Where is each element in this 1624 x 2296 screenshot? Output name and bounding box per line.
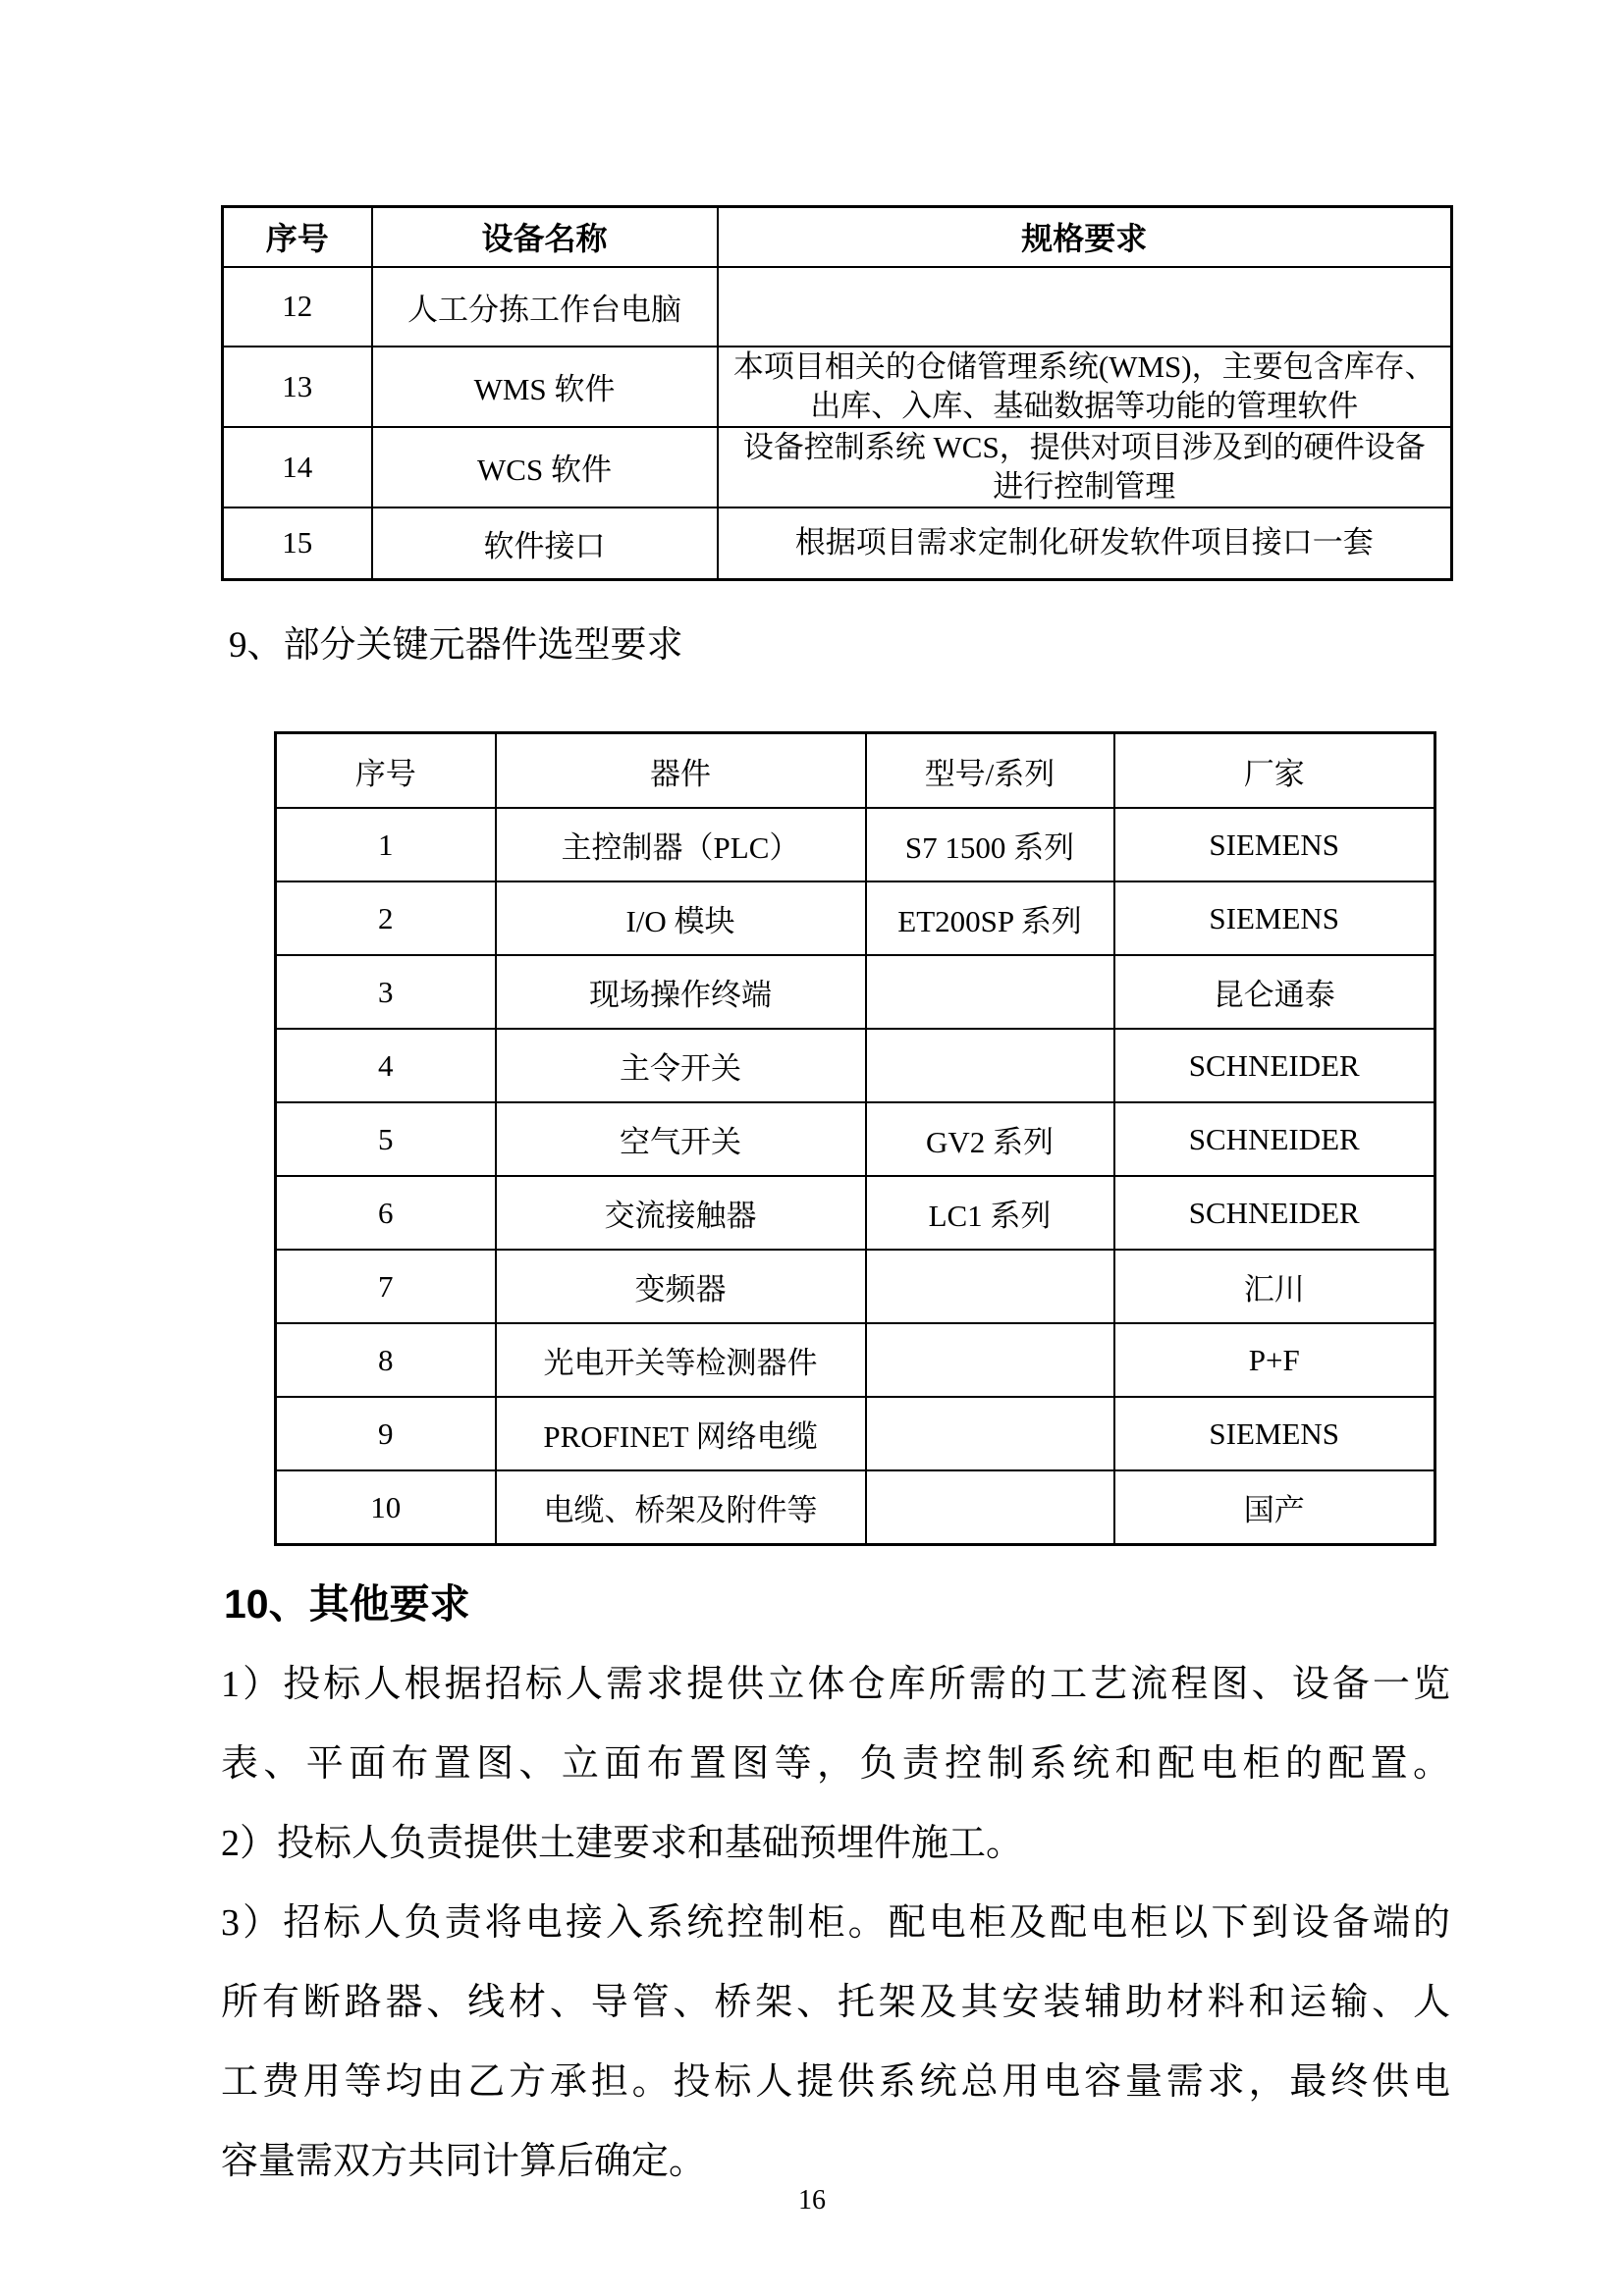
table-row: 2 I/O 模块 ET200SP 系列 SIEMENS — [276, 881, 1435, 955]
cell-vendor: SIEMENS — [1114, 1397, 1435, 1470]
table-row: 1 主控制器（PLC） S7 1500 系列 SIEMENS — [276, 808, 1435, 881]
cell-part: 主令开关 — [496, 1029, 866, 1102]
paragraph-line: 3）招标人负责将电接入系统控制柜。配电柜及配电柜以下到设备端的 — [221, 1884, 1450, 1963]
paragraph-line: 2）投标人负责提供土建要求和基础预埋件施工。 — [221, 1804, 1450, 1884]
cell-part: I/O 模块 — [496, 881, 866, 955]
spec-text: 本项目相关的仓储管理系统(WMS)，主要包含库存、出库、入库、基础数据等功能的管… — [723, 347, 1447, 426]
col-header-part: 器件 — [496, 733, 866, 809]
cell-part: 变频器 — [496, 1250, 866, 1323]
col-header-model: 型号/系列 — [866, 733, 1114, 809]
cell-model — [866, 1029, 1114, 1102]
section-10-heading: 10、其他要求 — [224, 1580, 470, 1628]
cell-model — [866, 1470, 1114, 1545]
table-row: 4 主令开关 SCHNEIDER — [276, 1029, 1435, 1102]
table-row: 6 交流接触器 LC1 系列 SCHNEIDER — [276, 1176, 1435, 1250]
cell-serial: 5 — [276, 1102, 496, 1176]
table-row: 9 PROFINET 网络电缆 SIEMENS — [276, 1397, 1435, 1470]
cell-part: 光电开关等检测器件 — [496, 1323, 866, 1397]
cell-model: ET200SP 系列 — [866, 881, 1114, 955]
cell-vendor: SCHNEIDER — [1114, 1029, 1435, 1102]
cell-part: PROFINET 网络电缆 — [496, 1397, 866, 1470]
components-table: 序号 器件 型号/系列 厂家 1 主控制器（PLC） S7 1500 系列 SI… — [274, 731, 1436, 1546]
table-row: 8 光电开关等检测器件 P+F — [276, 1323, 1435, 1397]
cell-serial: 3 — [276, 955, 496, 1029]
cell-model: GV2 系列 — [866, 1102, 1114, 1176]
table-row: 5 空气开关 GV2 系列 SCHNEIDER — [276, 1102, 1435, 1176]
cell-vendor: 汇川 — [1114, 1250, 1435, 1323]
equipment-table: 序号 设备名称 规格要求 12 人工分拣工作台电脑 13 WMS 软件 本项目相… — [221, 205, 1453, 581]
cell-model — [866, 1397, 1114, 1470]
paragraph-line: 工费用等均由乙方承担。投标人提供系统总用电容量需求，最终供电 — [221, 2043, 1450, 2122]
cell-serial: 10 — [276, 1470, 496, 1545]
section-9-heading: 9、部分关键元器件选型要求 — [229, 624, 683, 667]
cell-serial: 9 — [276, 1397, 496, 1470]
spec-text: 设备控制系统 WCS，提供对项目涉及到的硬件设备进行控制管理 — [740, 428, 1428, 507]
col-header-serial: 序号 — [276, 733, 496, 809]
cell-device-name: WCS 软件 — [372, 427, 718, 507]
cell-vendor: SIEMENS — [1114, 808, 1435, 881]
cell-part: 空气开关 — [496, 1102, 866, 1176]
other-requirements-text: 1）投标人根据招标人需求提供立体仓库所需的工艺流程图、设备一览 表、平面布置图、… — [221, 1645, 1450, 2202]
paragraph-line: 所有断路器、线材、导管、桥架、托架及其安装辅助材料和运输、人 — [221, 1963, 1450, 2043]
paragraph-line: 1）投标人根据招标人需求提供立体仓库所需的工艺流程图、设备一览 — [221, 1645, 1450, 1725]
table-row: 15 软件接口 根据项目需求定制化研发软件项目接口一套 — [223, 507, 1452, 580]
table-row: 12 人工分拣工作台电脑 — [223, 267, 1452, 347]
cell-serial: 14 — [223, 427, 372, 507]
cell-vendor: P+F — [1114, 1323, 1435, 1397]
cell-vendor: 昆仑通泰 — [1114, 955, 1435, 1029]
cell-vendor: 国产 — [1114, 1470, 1435, 1545]
col-header-device-name: 设备名称 — [372, 207, 718, 267]
col-header-serial: 序号 — [223, 207, 372, 267]
document-page: 序号 设备名称 规格要求 12 人工分拣工作台电脑 13 WMS 软件 本项目相… — [0, 0, 1624, 2296]
cell-serial: 2 — [276, 881, 496, 955]
cell-part: 主控制器（PLC） — [496, 808, 866, 881]
table-row: 7 变频器 汇川 — [276, 1250, 1435, 1323]
equipment-table-header-row: 序号 设备名称 规格要求 — [223, 207, 1452, 267]
cell-part: 电缆、桥架及附件等 — [496, 1470, 866, 1545]
cell-spec: 设备控制系统 WCS，提供对项目涉及到的硬件设备进行控制管理 — [718, 427, 1452, 507]
cell-serial: 6 — [276, 1176, 496, 1250]
cell-device-name: 软件接口 — [372, 507, 718, 580]
paragraph-line: 表、平面布置图、立面布置图等，负责控制系统和配电柜的配置。 — [221, 1725, 1450, 1804]
page-number: 16 — [0, 2185, 1624, 2216]
cell-serial: 12 — [223, 267, 372, 347]
cell-part: 现场操作终端 — [496, 955, 866, 1029]
cell-device-name: 人工分拣工作台电脑 — [372, 267, 718, 347]
cell-spec: 根据项目需求定制化研发软件项目接口一套 — [718, 507, 1452, 580]
cell-serial: 15 — [223, 507, 372, 580]
col-header-vendor: 厂家 — [1114, 733, 1435, 809]
components-table-header-row: 序号 器件 型号/系列 厂家 — [276, 733, 1435, 809]
cell-device-name: WMS 软件 — [372, 347, 718, 427]
cell-serial: 8 — [276, 1323, 496, 1397]
cell-serial: 7 — [276, 1250, 496, 1323]
table-row: 3 现场操作终端 昆仑通泰 — [276, 955, 1435, 1029]
table-row: 13 WMS 软件 本项目相关的仓储管理系统(WMS)，主要包含库存、出库、入库… — [223, 347, 1452, 427]
cell-serial: 1 — [276, 808, 496, 881]
table-row: 10 电缆、桥架及附件等 国产 — [276, 1470, 1435, 1545]
cell-model — [866, 1250, 1114, 1323]
cell-vendor: SCHNEIDER — [1114, 1176, 1435, 1250]
cell-serial: 4 — [276, 1029, 496, 1102]
cell-model: LC1 系列 — [866, 1176, 1114, 1250]
cell-spec — [718, 267, 1452, 347]
cell-vendor: SIEMENS — [1114, 881, 1435, 955]
col-header-spec: 规格要求 — [718, 207, 1452, 267]
cell-model — [866, 955, 1114, 1029]
cell-spec: 本项目相关的仓储管理系统(WMS)，主要包含库存、出库、入库、基础数据等功能的管… — [718, 347, 1452, 427]
cell-model — [866, 1323, 1114, 1397]
cell-serial: 13 — [223, 347, 372, 427]
cell-vendor: SCHNEIDER — [1114, 1102, 1435, 1176]
table-row: 14 WCS 软件 设备控制系统 WCS，提供对项目涉及到的硬件设备进行控制管理 — [223, 427, 1452, 507]
cell-model: S7 1500 系列 — [866, 808, 1114, 881]
cell-part: 交流接触器 — [496, 1176, 866, 1250]
